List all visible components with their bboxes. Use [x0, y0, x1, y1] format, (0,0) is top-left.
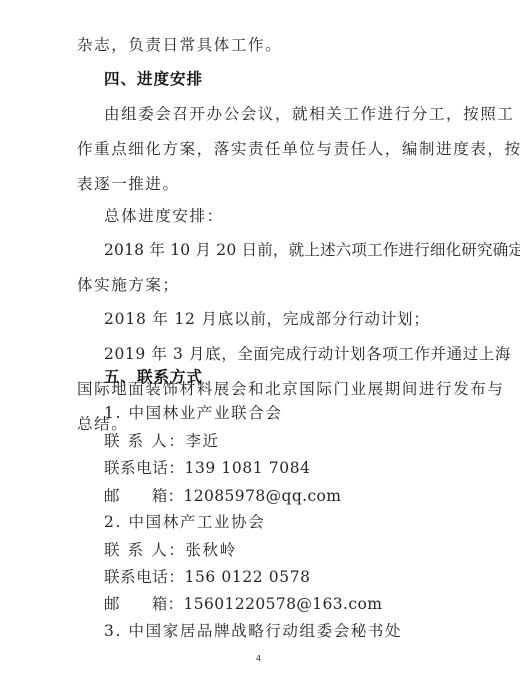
paragraph-text: 表逐一推进。 [77, 174, 449, 194]
contact-org: 1. 中国林业产业联合会 [104, 403, 476, 423]
contact-org: 3. 中国家居品牌战略行动组委会秘书处 [104, 621, 476, 641]
section-heading-contact: 五、联系方式 [104, 367, 476, 387]
schedule-item: 体实施方案； [77, 275, 449, 295]
schedule-item: 2019 年 3 月底，全面完成行动计划各项工作并通过上海 [104, 344, 476, 364]
paragraph-text: 杂志，负责日常具体工作。 [77, 35, 449, 55]
schedule-item: 2018 年 10 月 20 日前，就上述六项工作进行细化研究确定具 [104, 240, 476, 260]
contact-email: 邮 箱：12085978@qq.com [104, 486, 476, 506]
contact-person: 联 系 人：李近 [104, 431, 476, 451]
contact-person: 联 系 人：张秋岭 [104, 540, 476, 560]
page-number: 4 [256, 654, 261, 663]
paragraph-text: 总体进度安排： [104, 206, 476, 226]
document-page: 杂志，负责日常具体工作。 四、进度安排 由组委会召开办公会议，就相关工作进行分工… [0, 0, 520, 682]
schedule-item: 2018 年 12 月底以前，完成部分行动计划； [104, 309, 476, 329]
paragraph-text: 作重点细化方案，落实责任单位与责任人，编制进度表，按 [77, 139, 449, 159]
contact-phone: 联系电话：156 0122 0578 [104, 567, 476, 587]
contact-email: 邮 箱：15601220578@163.com [104, 594, 476, 614]
contact-org: 2. 中国林产工业协会 [104, 512, 476, 532]
paragraph-text: 由组委会召开办公会议，就相关工作进行分工，按照工 [104, 104, 449, 124]
contact-phone: 联系电话：139 1081 7084 [104, 458, 476, 478]
section-heading-schedule: 四、进度安排 [104, 69, 476, 89]
